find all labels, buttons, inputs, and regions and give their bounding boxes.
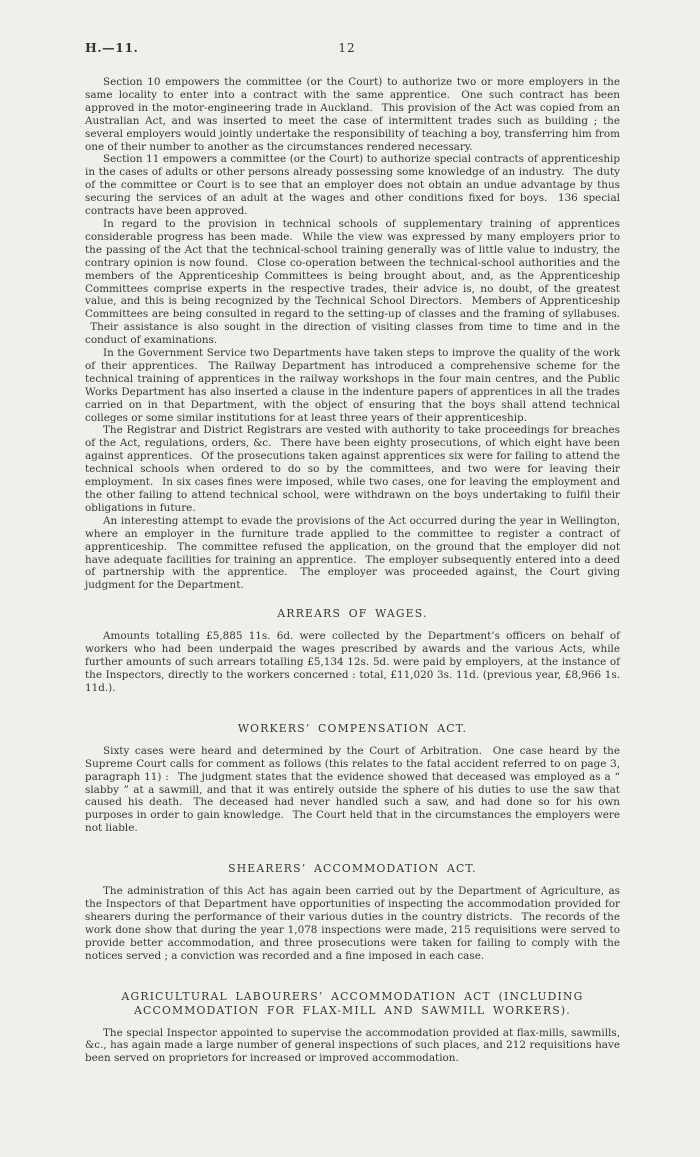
paragraph-evasion-attempt: An interesting attempt to evade the prov… xyxy=(85,515,620,592)
heading-workers-compensation-act: WORKERS’ COMPENSATION ACT. xyxy=(85,722,620,736)
paragraph-government-service: In the Government Service two Department… xyxy=(85,347,620,424)
paragraph-shearers-accommodation: The administration of this Act has again… xyxy=(85,885,620,962)
paragraph-workers-compensation: Sixty cases were heard and determined by… xyxy=(85,745,620,835)
paragraph-arrears-of-wages: Amounts totalling £5,885 11s. 6d. were c… xyxy=(85,630,620,695)
paragraph-section-11: Section 11 empowers a committee (or the … xyxy=(85,153,620,218)
document-reference: H.—11. xyxy=(85,40,138,55)
paragraph-registrar-prosecutions: The Registrar and District Registrars ar… xyxy=(85,424,620,514)
heading-arrears-of-wages: ARREARS OF WAGES. xyxy=(85,607,620,621)
page-number: 12 xyxy=(338,42,355,55)
document-page: H.—11. 12 Section 10 empowers the commit… xyxy=(0,0,700,1157)
paragraph-agricultural-labourers: The special Inspector appointed to super… xyxy=(85,1027,620,1066)
document-body: Section 10 empowers the committee (or th… xyxy=(85,76,620,1065)
paragraph-technical-schools: In regard to the provision in technical … xyxy=(85,218,620,347)
heading-shearers-accommodation-act: SHEARERS’ ACCOMMODATION ACT. xyxy=(85,862,620,876)
paragraph-section-10: Section 10 empowers the committee (or th… xyxy=(85,76,620,153)
page-header: H.—11. 12 xyxy=(85,42,620,58)
heading-agricultural-labourers-accommodation-act: AGRICULTURAL LABOURERS’ ACCOMMODATION AC… xyxy=(85,990,620,1018)
